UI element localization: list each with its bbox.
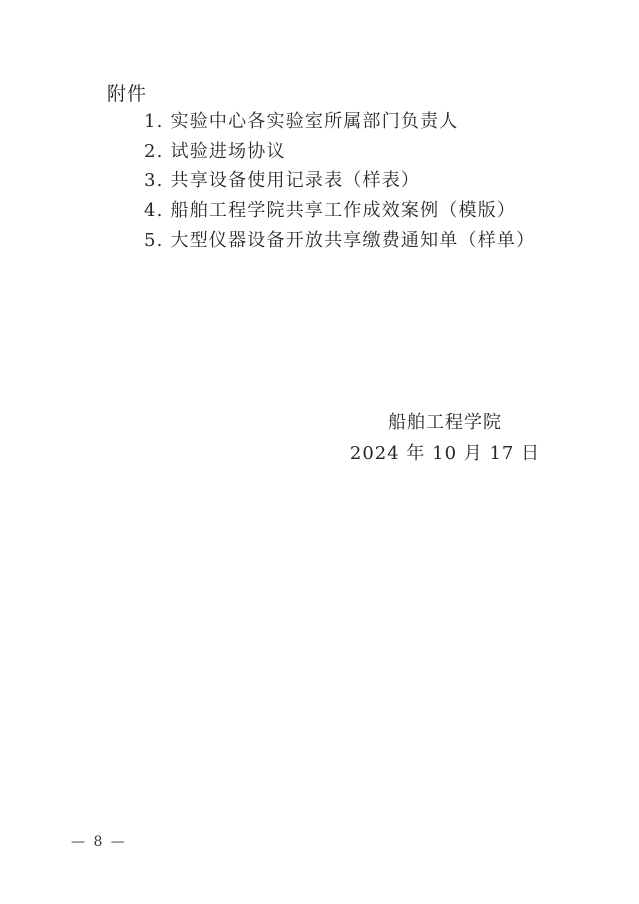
signature-date: 2024 年 10 月 17 日 xyxy=(345,439,545,470)
document-page: 附件 1. 实验中心各实验室所属部门负责人 2. 试验进场协议 3. 共享设备使… xyxy=(0,0,639,904)
attachment-list-item: 5. 大型仪器设备开放共享缴费通知单（样单） xyxy=(144,226,535,256)
signature-block: 船舶工程学院 2024 年 10 月 17 日 xyxy=(345,408,545,469)
page-number: — 8 — xyxy=(71,834,127,850)
attachment-list-item: 1. 实验中心各实验室所属部门负责人 xyxy=(144,107,535,137)
attachment-list-item: 2. 试验进场协议 xyxy=(144,137,535,167)
signature-organization: 船舶工程学院 xyxy=(345,408,545,439)
attachment-list: 1. 实验中心各实验室所属部门负责人 2. 试验进场协议 3. 共享设备使用记录… xyxy=(144,107,535,256)
attachment-heading: 附件 xyxy=(107,83,147,105)
attachment-list-item: 3. 共享设备使用记录表（样表） xyxy=(144,166,535,196)
attachment-list-item: 4. 船舶工程学院共享工作成效案例（模版） xyxy=(144,196,535,226)
